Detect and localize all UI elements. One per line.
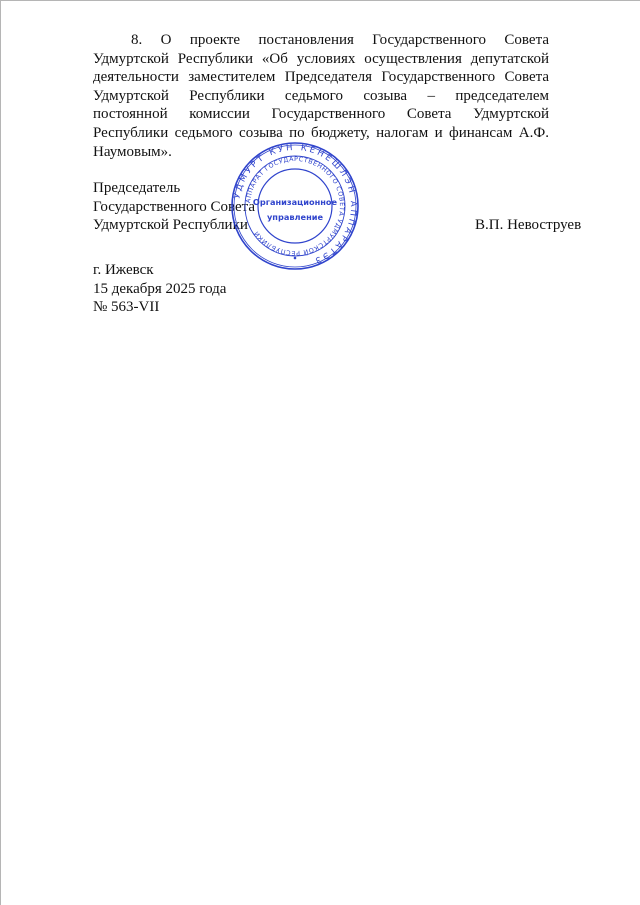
signatory-name: В.П. Невоструев	[475, 216, 581, 235]
stamp-center-line2: управление	[267, 212, 324, 222]
place-date-number: г. Ижевск 15 декабря 2025 года № 563-VII	[93, 261, 226, 317]
official-seal-stamp-icon: УДМУРТ КУН КЕНЕШЛЭН АППАРАТЭЗ АППАРАТ ГО…	[230, 141, 360, 271]
document-page: 8. О проекте постановления Государственн…	[0, 0, 640, 905]
city: г. Ижевск	[93, 261, 226, 280]
stamp-center-line1: Организационное	[253, 197, 338, 207]
date: 15 декабря 2025 года	[93, 280, 226, 299]
document-number: № 563-VII	[93, 298, 226, 317]
